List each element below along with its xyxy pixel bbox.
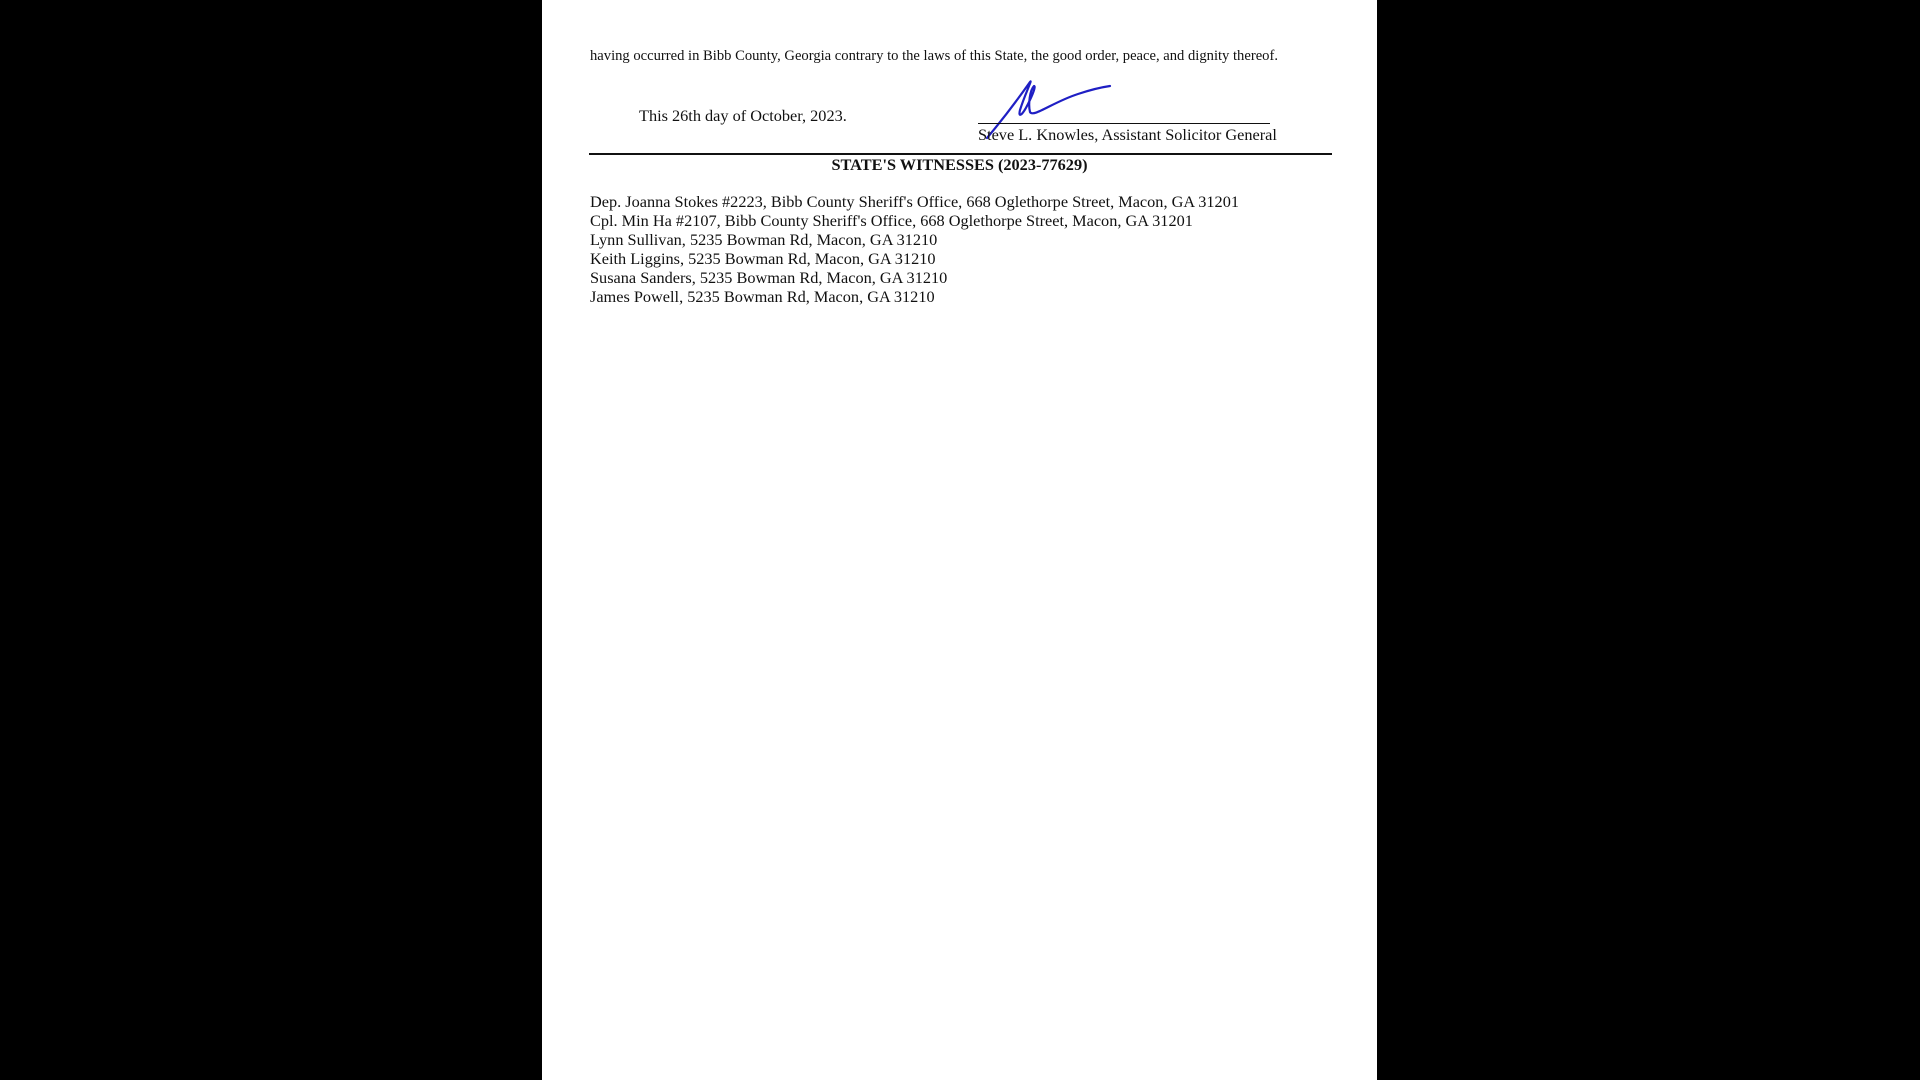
signature-line <box>978 123 1270 124</box>
witness-item: Keith Liggins, 5235 Bowman Rd, Macon, GA… <box>590 250 1239 269</box>
document-page: having occurred in Bibb County, Georgia … <box>542 0 1377 1080</box>
witness-list: Dep. Joanna Stokes #2223, Bibb County Sh… <box>590 193 1239 306</box>
witness-item: Dep. Joanna Stokes #2223, Bibb County Sh… <box>590 193 1239 212</box>
witnesses-heading: STATE'S WITNESSES (2023-77629) <box>542 155 1377 175</box>
closing-sentence: having occurred in Bibb County, Georgia … <box>590 48 1278 65</box>
signatory-name: Steve L. Knowles, Assistant Solicitor Ge… <box>978 125 1277 145</box>
witness-item: Lynn Sullivan, 5235 Bowman Rd, Macon, GA… <box>590 231 1239 250</box>
witness-item: James Powell, 5235 Bowman Rd, Macon, GA … <box>590 288 1239 307</box>
witness-item: Cpl. Min Ha #2107, Bibb County Sheriff's… <box>590 212 1239 231</box>
witness-item: Susana Sanders, 5235 Bowman Rd, Macon, G… <box>590 269 1239 288</box>
date-line: This 26th day of October, 2023. <box>639 106 847 126</box>
